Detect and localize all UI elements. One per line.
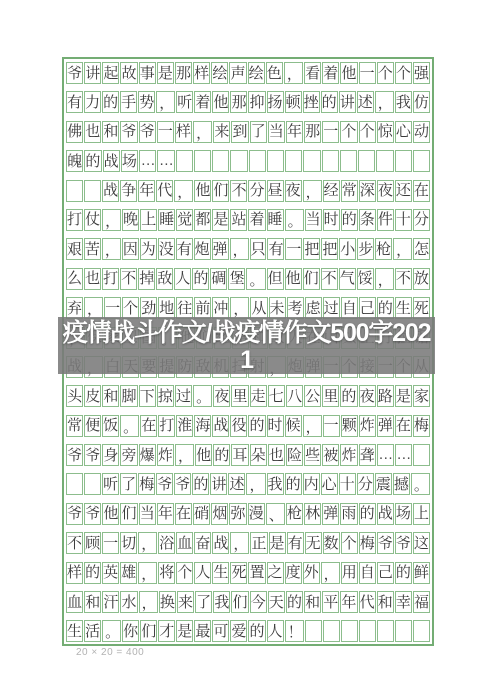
grid-cell: 福 [413,591,430,613]
grid-cell: 站 [230,209,247,231]
grid-cell: 人 [174,268,191,290]
grid-cell: 佛 [66,121,83,143]
grid-cell: 脚 [120,385,137,407]
grid-cell: 撼 [393,473,410,495]
grid-cell: 幸 [395,591,412,613]
grid-cell: 漫 [248,503,265,525]
grid-cell: 代 [359,591,376,613]
grid-cell: 样 [66,562,83,584]
grid-cell: 还 [395,180,412,202]
grid-cell: ， [193,121,212,143]
grid-cell: 不 [66,532,83,554]
grid-cell: 爷 [120,121,137,143]
grid-cell: 没 [158,238,175,260]
grid-cell: 当 [268,121,285,143]
grid-cell: 在 [413,180,430,202]
grid-cell: 个 [395,62,412,84]
grid-cell: 震 [375,473,392,495]
grid-cell: 讲 [339,91,356,113]
grid-cell: 仗 [84,209,101,231]
grid-cell: 他 [194,180,211,202]
grid-cell: 个 [341,532,358,554]
grid-cell [395,620,412,642]
grid-cell: 役 [230,415,247,437]
grid-cell: 的 [340,385,357,407]
grid-cell [323,620,340,642]
grid-cell: 打 [158,415,175,437]
grid-cell: 将 [158,562,175,584]
grid-cell: 爷 [139,121,156,143]
grid-cell: 起 [102,62,119,84]
grid-cell: 雄 [120,562,137,584]
grid-cell [249,150,266,172]
grid-cell: 七 [268,385,285,407]
grid-cell: 强 [413,62,430,84]
grid-cell: 置 [248,562,265,584]
grid-row: 爷爷身旁爆炸，他的耳朵也险些被炸聋…… [66,444,430,466]
grid-cell: ， [303,415,322,437]
grid-cell: 昼 [267,180,284,202]
grid-cell: 爷 [66,503,83,525]
grid-cell: 是 [176,620,193,642]
grid-cell [413,620,430,642]
grid-cell: 不 [230,180,247,202]
grid-cell: 换 [159,591,176,613]
grid-cell: 夜 [359,385,376,407]
grid-cell: 一 [104,297,121,319]
grid-cell: 绘 [211,62,228,84]
grid-cell: 掉 [138,268,155,290]
grid-row: 弃，一个劲地往前冲，从未考虑过自己的生死 [66,297,430,319]
grid-cell: ！ [285,620,304,642]
grid-cell: 馁 [357,268,374,290]
grid-cell: 活 [84,620,101,642]
grid-cell: 讲 [84,62,101,84]
grid-cell: 上 [413,503,430,525]
grid-cell: 你 [122,620,139,642]
grid-cell: 把 [303,238,320,260]
grid-cell: 的 [248,620,265,642]
grid-cell: 爷 [377,532,394,554]
grid-cell: 顾 [84,532,101,554]
overlay-title-line1: 疫情战斗作文/战疫情作文500字202 [63,319,431,347]
grid-cell: 故 [120,62,137,84]
grid-cell [66,180,83,202]
grid-cell: 未 [269,297,286,319]
grid-cell: 艰 [66,238,83,260]
grid-cell: 天 [268,591,285,613]
grid-cell: 死 [230,562,247,584]
grid-cell: 常 [66,415,83,437]
grid-cell [84,473,101,495]
grid-cell: 们 [140,620,157,642]
grid-cell: 旁 [120,444,137,466]
grid-cell: 往 [176,297,193,319]
grid-cell: 绘 [248,62,265,84]
grid-cell: 了 [120,473,137,495]
grid-cell [212,150,229,172]
grid-cell: 一 [323,415,340,437]
grid-cell: 十 [339,473,356,495]
grid-cell: ， [230,532,249,554]
grid-cell: 炮 [194,238,211,260]
grid-cell: 个 [377,62,394,84]
grid-cell: 们 [212,180,229,202]
grid-cell: 样 [193,62,210,84]
grid-cell: 那 [230,91,247,113]
grid-cell: … [395,444,412,466]
grid-cell: 堡 [228,268,245,290]
grid-cell: 个 [176,562,193,584]
grid-cell [377,620,394,642]
grid-cell: 们 [120,503,137,525]
grid-cell: 场 [395,503,412,525]
grid-cell: 耳 [231,444,248,466]
grid-cell: 不 [395,268,412,290]
grid-cell: 和 [377,591,394,613]
grid-cell: … [157,150,174,172]
grid-cell: 弹 [377,415,394,437]
grid-cell: 常 [341,180,358,202]
grid-cell [341,620,358,642]
grid-cell: 的 [285,473,302,495]
grid-cell: 把 [321,238,338,260]
grid-cell: 们 [231,591,248,613]
grid-cell: 自 [341,297,358,319]
grid-cell: 林 [304,503,321,525]
grid-cell: ， [230,297,249,319]
grid-cell: 的 [248,415,265,437]
grid-cell: 梅 [413,415,430,437]
grid-cell: 一 [359,62,376,84]
grid-cell: 件 [377,209,394,231]
grid-cell: 在 [395,415,412,437]
grid-cell: 己 [359,297,376,319]
grid-cell: 年 [157,503,174,525]
grid-cell: 只 [250,238,267,260]
grid-cell: 枪 [375,238,392,260]
grid-cell: 睡 [267,209,284,231]
grid-cell: 雨 [340,503,357,525]
grid-cell: 淮 [176,415,193,437]
grid-cell: ， [102,209,121,231]
grid-cell: 。 [120,415,139,437]
grid-cell: 个 [359,121,376,143]
grid-cell: 地 [158,297,175,319]
grid-cell: 今 [250,591,267,613]
grid-cell: 爷 [395,532,412,554]
grid-cell: ， [138,562,157,584]
grid-cell: 因 [122,238,139,260]
grid-cell: ， [175,444,194,466]
grid-cell: 不 [120,268,137,290]
grid-cell: 弹 [212,238,229,260]
grid-cell: 年 [138,180,155,202]
grid-cell: 爷 [84,444,101,466]
grid-cell: 我 [213,591,230,613]
grid-cell: 生 [212,562,229,584]
grid-cell: 海 [194,415,211,437]
grid-cell: 爱 [230,620,247,642]
grid-cell: 。 [193,385,212,407]
grid-cell: 觉 [176,209,193,231]
grid-cell: 听 [102,473,119,495]
grid-cell: 过 [323,297,340,319]
grid-cell: 个 [122,297,139,319]
grid-cell: 为 [140,238,157,260]
grid-cell: 炸 [340,444,357,466]
grid-cell: 顿 [285,91,302,113]
grid-cell: 。 [246,268,265,290]
grid-row: 不顾一切，浴血奋战，正是有无数个梅爷爷这 [66,532,430,554]
grid-cell: 有 [267,238,284,260]
grid-cell: 着 [248,209,265,231]
grid-cell: 听 [176,91,193,113]
grid-cell: 气 [339,268,356,290]
grid-cell [413,444,430,466]
grid-cell: 看 [304,62,321,84]
grid-cell: 讲 [210,473,227,495]
grid-cell: 扬 [267,91,284,113]
grid-cell: 爷 [66,444,83,466]
grid-cell: 个 [340,121,357,143]
grid-cell: 一 [285,238,302,260]
grid-row: 生活。你们才是最可爱的人！ [66,620,430,642]
grid-cell: 他 [285,268,302,290]
grid-cell: 烟 [211,503,228,525]
grid-cell: ， [321,562,340,584]
grid-row: 战争年代，他们不分昼夜，经常深夜还在 [66,180,430,202]
grid-cell: ， [139,591,158,613]
grid-cell: 挫 [303,91,320,113]
grid-cell: 分 [248,180,265,202]
grid-cell: ， [246,473,265,495]
overlay-title-line2: 1 [240,347,253,373]
grid-cell: 死 [413,297,430,319]
grid-cell [84,180,101,202]
grid-cell: 小 [339,238,356,260]
grid-cell: 抑 [248,91,265,113]
grid-cell: 才 [158,620,175,642]
grid-cell: 皮 [84,385,101,407]
grid-cell: 奋 [194,532,211,554]
grid-cell: 夜 [285,180,302,202]
grid-cell: 八 [286,385,303,407]
grid-cell: 是 [212,209,229,231]
grid-cell: 朵 [250,444,267,466]
grid-cell: 样 [175,121,192,143]
grid-cell [176,150,193,172]
grid-cell [305,620,322,642]
grid-cell: 色 [266,62,283,84]
grid-row: 样的英雄，将个人生死置之度外，用自己的鲜 [66,562,430,584]
grid-row: 爷爷他们当年在硝烟弥漫、枪林弹雨的战场上 [66,503,430,525]
grid-cell: 爷 [156,473,173,495]
grid-cell: 的 [84,150,101,172]
grid-cell: 苦 [84,238,101,260]
grid-cell: 的 [321,91,338,113]
grid-cell: … [377,444,394,466]
grid-cell: 碉 [210,268,227,290]
grid-cell [194,150,211,172]
grid-cell [413,150,430,172]
grid-cell: 爷 [174,473,191,495]
grid-cell: 但 [267,268,284,290]
grid-cell: 有 [66,91,83,113]
grid-cell: 战 [212,415,229,437]
grid-cell: 十 [395,209,412,231]
grid-cell: 他 [102,503,119,525]
grid-cell [358,150,375,172]
grid-cell: 弥 [229,503,246,525]
grid-cell: 枪 [286,503,303,525]
grid-cell: 了 [195,591,212,613]
grid-cell: 血 [66,591,83,613]
grid-cell: 的 [102,91,119,113]
grid-cell [285,150,302,172]
grid-cell: 己 [377,562,394,584]
grid-cell: 们 [303,268,320,290]
grid-cell: 代 [156,180,173,202]
grid-cell: 都 [194,209,211,231]
grid-cell: 的 [84,562,101,584]
grid-row: 有力的手势，听着他那抑扬顿挫的讲述，我仿 [66,91,430,113]
grid-cell: 的 [395,562,412,584]
grid-cell: 最 [194,620,211,642]
grid-cell: 夜 [377,180,394,202]
grid-cell: 他 [195,444,212,466]
grid-cell: 在 [140,415,157,437]
grid-cell: 路 [377,385,394,407]
grid-cell: 。 [102,620,121,642]
grid-cell: 数 [323,532,340,554]
grid-cell: 走 [250,385,267,407]
grid-cell [303,150,320,172]
grid-cell: 爆 [139,444,156,466]
grid-cell: 声 [229,62,246,84]
grid-cell [340,150,357,172]
grid-cell [267,150,284,172]
grid-cell: 饭 [102,415,119,437]
grid-cell: 事 [139,62,156,84]
grid-cell: 弹 [322,503,339,525]
grid-cell [395,150,412,172]
grid-cell: ， [138,532,157,554]
grid-cell: 仿 [413,91,430,113]
grid-cell: 是 [157,62,174,84]
grid-cell: 条 [359,209,376,231]
grid-cell: 我 [395,91,412,113]
grid-cell: 爷 [84,503,101,525]
page: { "page": { "background": "#ffffff" }, "… [0,0,500,691]
grid-cell: 那 [175,62,192,84]
grid-cell: 一 [157,121,174,143]
grid-row: 佛也和爷爷一样，来到了当年那一个个惊心动 [66,121,430,143]
grid-cell: ， [393,238,412,260]
grid-cell: 也 [84,268,101,290]
grid-row: 打仗，晚上睡觉都是站着睡。当时的条件十分 [66,209,430,231]
grid-cell: 自 [359,562,376,584]
grid-cell: 的 [286,591,303,613]
grid-cell: ， [284,62,303,84]
grid-cell: 当 [139,503,156,525]
grid-cell: 上 [140,209,157,231]
grid-cell: 人 [267,620,284,642]
grid-cell: 的 [213,444,230,466]
grid-cell: 年 [286,121,303,143]
grid-cell [376,150,393,172]
grid-cell: 的 [192,268,209,290]
grid-cell: 家 [413,385,430,407]
grid-cell: 一 [322,121,339,143]
grid-cell: 外 [303,562,320,584]
grid-cell: 手 [120,91,137,113]
grid-cell: 场 [121,150,138,172]
grid-cell: 放 [413,268,430,290]
grid-cell: 述 [228,473,245,495]
grid-cell: 争 [120,180,137,202]
grid-cell: 正 [250,532,267,554]
grid-cell: 内 [303,473,320,495]
grid-cell: 英 [102,562,119,584]
grid-cell: 一 [102,532,119,554]
grid-cell: 头 [66,385,83,407]
grid-cell: 的 [192,473,209,495]
grid-cell: 不 [321,268,338,290]
grid-cell: 心 [321,473,338,495]
grid-cell: 炸 [359,415,376,437]
grid-cell: 打 [66,209,83,231]
grid-row: 爷讲起故事是那样绘声绘色，看着他一个个强 [66,62,430,84]
grid-cell: 梅 [359,532,376,554]
grid-row: 么也打不掉敌人的碉堡。但他们不气馁，不放 [66,268,430,290]
title-overlay: 疫情战斗作文/战疫情作文500字202 1 [58,317,435,374]
grid-cell: ， [174,180,193,202]
grid-cell: 之 [267,562,284,584]
grid-cell: 和 [304,591,321,613]
grid-cell: 有 [287,532,304,554]
grid-cell: 前 [194,297,211,319]
grid-cell: 来 [213,121,230,143]
grid-cell: 爷 [66,62,83,84]
grid-cell: 和 [102,385,119,407]
grid-cell: 里 [322,385,339,407]
grid-cell: 是 [269,532,286,554]
grid-cell: 掠 [157,385,174,407]
grid-cell: 无 [305,532,322,554]
grid-cell: … [139,150,156,172]
grid-cell: 生 [66,620,83,642]
grid-cell: 战 [103,150,120,172]
grid-cell: 心 [395,121,412,143]
grid-cell: 鲜 [413,562,430,584]
grid-cell: 劲 [140,297,157,319]
grid-cell [359,620,376,642]
grid-cell: 生 [395,297,412,319]
grid-cell: 也 [84,121,101,143]
grid-cell: 来 [177,591,194,613]
grid-cell: 深 [359,180,376,202]
grid-cell: 着 [322,62,339,84]
grid-cell: 么 [66,268,83,290]
grid-cell: 述 [357,91,374,113]
grid-cell: 动 [413,121,430,143]
grid-cell: 势 [138,91,155,113]
grid-cell: 战 [377,503,394,525]
grid-cell: 时 [267,415,284,437]
grid-cell: 、 [266,503,285,525]
grid-cell: 候 [285,415,302,437]
